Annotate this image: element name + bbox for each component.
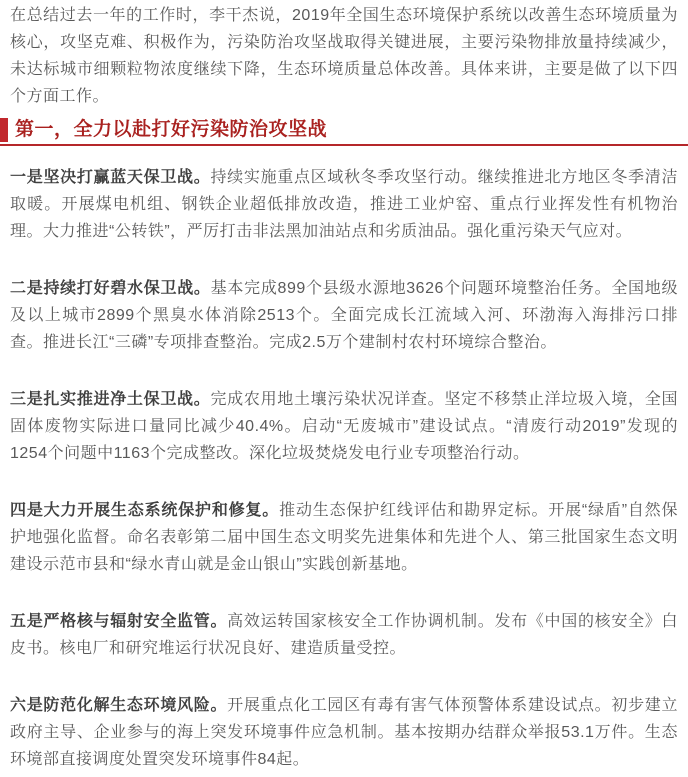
work-item-paragraph-3: 三是扎实推进净土保卫战。完成农用地土壤污染状况详查。坚定不移禁止洋垃圾入境，全国… [10,386,678,467]
work-item-paragraph-1: 一是坚决打赢蓝天保卫战。持续实施重点区域秋冬季攻坚行动。继续推进北方地区冬季清洁… [10,164,678,245]
work-item-paragraph-6: 六是防范化解生态环境风险。开展重点化工园区有毒有害气体预警体系建设试点。初步建立… [10,692,678,773]
work-item-lead-5: 五是严格核与辐射安全监管。 [10,613,227,630]
work-item-paragraph-2: 二是持续打好碧水保卫战。基本完成899个县级水源地3626个问题环境整治任务。全… [10,275,678,356]
work-item-paragraph-4: 四是大力开展生态系统保护和修复。推动生态保护红线评估和勘界定标。开展“绿盾”自然… [10,497,678,578]
intro-paragraph: 在总结过去一年的工作时，李干杰说，2019年全国生态环境保护系统以改善生态环境质… [10,2,678,110]
work-item-lead-2: 二是持续打好碧水保卫战。 [10,280,211,297]
section-accent-bar [0,118,8,142]
section-header: 第一，全力以赴打好污染防治攻坚战 [0,118,688,146]
section-title: 第一，全力以赴打好污染防治攻坚战 [15,118,327,142]
work-item-lead-4: 四是大力开展生态系统保护和修复。 [10,502,279,519]
article-body: 在总结过去一年的工作时，李干杰说，2019年全国生态环境保护系统以改善生态环境质… [0,0,688,773]
work-item-lead-3: 三是扎实推进净土保卫战。 [10,391,210,408]
work-item-paragraph-5: 五是严格核与辐射安全监管。高效运转国家核安全工作协调机制。发布《中国的核安全》白… [10,608,678,662]
work-item-lead-6: 六是防范化解生态环境风险。 [10,697,227,714]
work-item-lead-1: 一是坚决打赢蓝天保卫战。 [10,169,210,186]
